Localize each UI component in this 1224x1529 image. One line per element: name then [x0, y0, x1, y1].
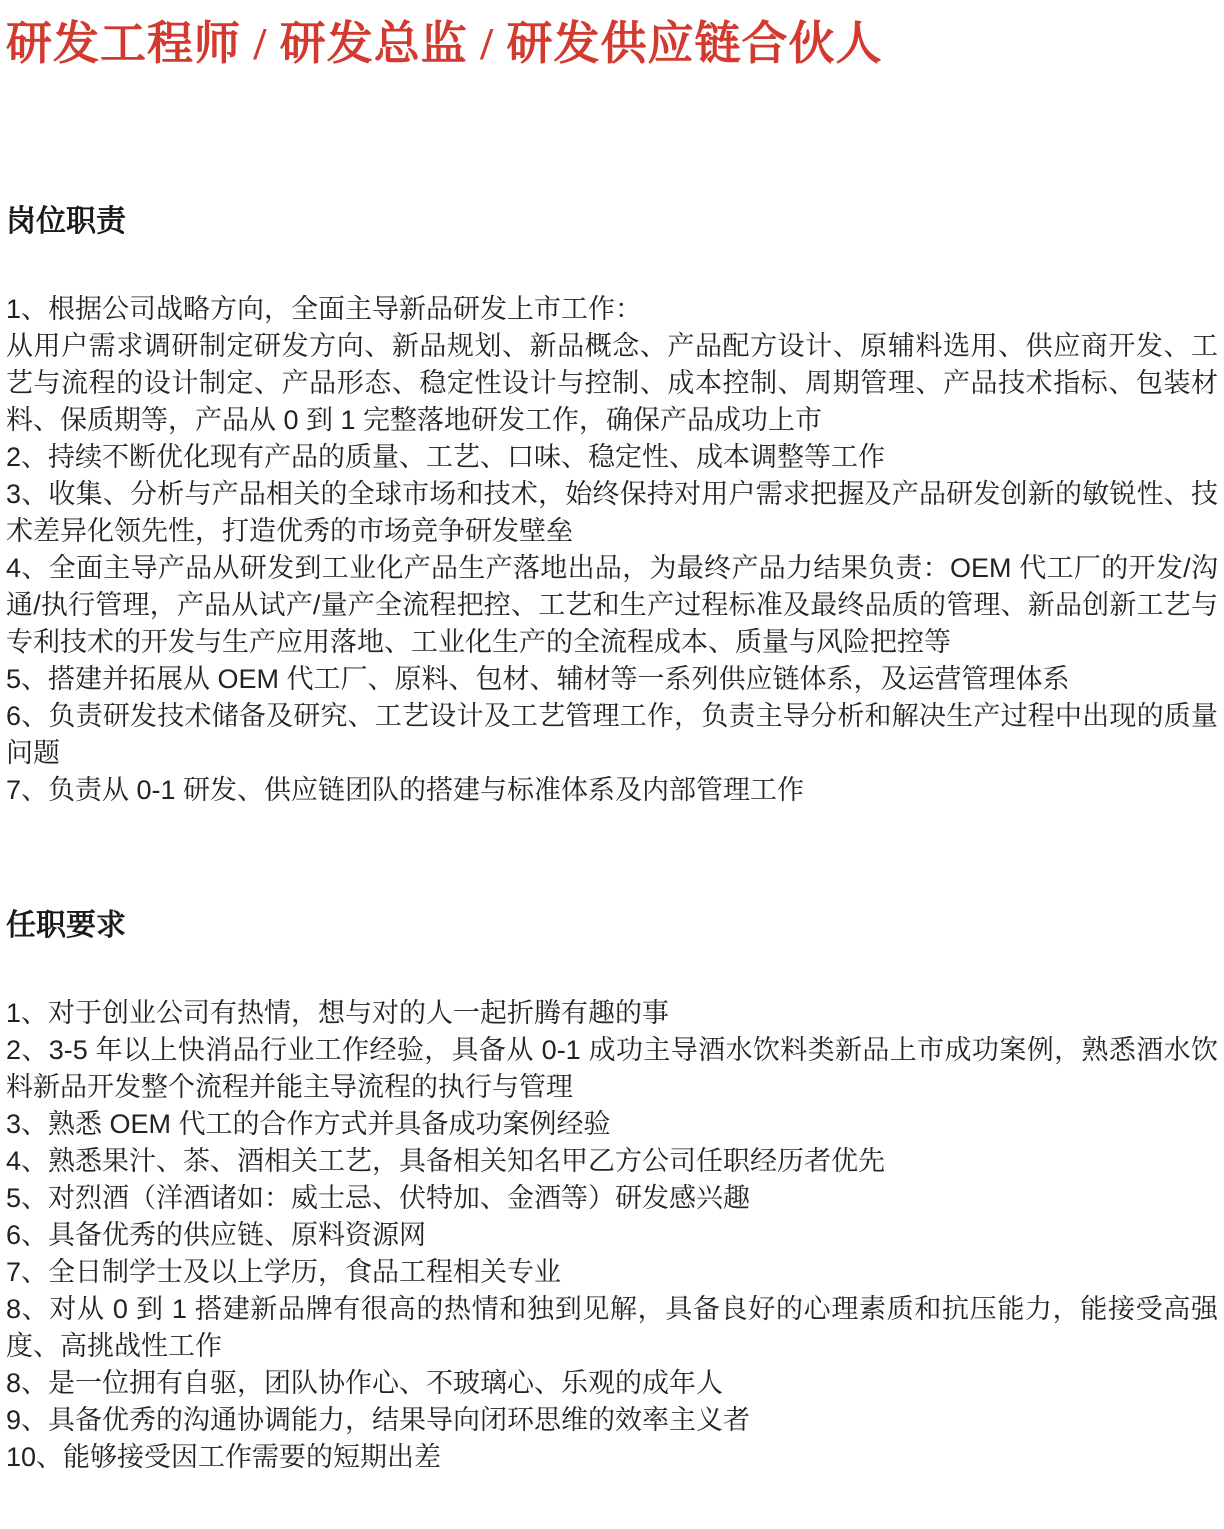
- section-heading-requirements: 任职要求: [6, 907, 1218, 945]
- section-heading-responsibilities: 岗位职责: [6, 203, 1218, 241]
- requirements-line-9: 8、是一位拥有自驱，团队协作心、不玻璃心、乐观的成年人: [6, 1365, 1218, 1402]
- responsibilities-line-6: 5、搭建并拓展从 OEM 代工厂、原料、包材、辅材等一系列供应链体系，及运营管理…: [6, 661, 1218, 698]
- section-requirements: 任职要求1、对于创业公司有热情，想与对的人一起折腾有趣的事2、3-5 年以上快消…: [6, 907, 1218, 1476]
- requirements-line-8: 8、对从 0 到 1 搭建新品牌有很高的热情和独到见解，具备良好的心理素质和抗压…: [6, 1291, 1218, 1365]
- requirements-line-7: 7、全日制学士及以上学历，食品工程相关专业: [6, 1254, 1218, 1291]
- requirements-line-4: 4、熟悉果汁、茶、酒相关工艺，具备相关知名甲乙方公司任职经历者优先: [6, 1143, 1218, 1180]
- responsibilities-line-2: 从用户需求调研制定研发方向、新品规划、新品概念、产品配方设计、原辅料选用、供应商…: [6, 328, 1218, 439]
- responsibilities-line-5: 4、全面主导产品从研发到工业化产品生产落地出品，为最终产品力结果负责：OEM 代…: [6, 550, 1218, 661]
- responsibilities-line-8: 7、负责从 0-1 研发、供应链团队的搭建与标准体系及内部管理工作: [6, 772, 1218, 809]
- page-title: 研发工程师 / 研发总监 / 研发供应链合伙人: [6, 14, 1218, 74]
- responsibilities-line-3: 2、持续不断优化现有产品的质量、工艺、口味、稳定性、成本调整等工作: [6, 439, 1218, 476]
- job-description-document: 研发工程师 / 研发总监 / 研发供应链合伙人 岗位职责1、根据公司战略方向，全…: [0, 14, 1224, 1476]
- requirements-line-1: 1、对于创业公司有热情，想与对的人一起折腾有趣的事: [6, 995, 1218, 1032]
- responsibilities-line-1: 1、根据公司战略方向，全面主导新品研发上市工作：: [6, 291, 1218, 328]
- requirements-line-2: 2、3-5 年以上快消品行业工作经验，具备从 0-1 成功主导酒水饮料类新品上市…: [6, 1032, 1218, 1106]
- requirements-line-6: 6、具备优秀的供应链、原料资源网: [6, 1217, 1218, 1254]
- requirements-line-3: 3、熟悉 OEM 代工的合作方式并具备成功案例经验: [6, 1106, 1218, 1143]
- section-responsibilities: 岗位职责1、根据公司战略方向，全面主导新品研发上市工作：从用户需求调研制定研发方…: [6, 203, 1218, 809]
- responsibilities-line-7: 6、负责研发技术储备及研究、工艺设计及工艺管理工作，负责主导分析和解决生产过程中…: [6, 698, 1218, 772]
- requirements-line-10: 9、具备优秀的沟通协调能力，结果导向闭环思维的效率主义者: [6, 1402, 1218, 1439]
- requirements-line-5: 5、对烈酒（洋酒诸如：威士忌、伏特加、金酒等）研发感兴趣: [6, 1180, 1218, 1217]
- responsibilities-line-4: 3、收集、分析与产品相关的全球市场和技术，始终保持对用户需求把握及产品研发创新的…: [6, 476, 1218, 550]
- requirements-line-11: 10、能够接受因工作需要的短期出差: [6, 1439, 1218, 1476]
- sections-container: 岗位职责1、根据公司战略方向，全面主导新品研发上市工作：从用户需求调研制定研发方…: [6, 203, 1218, 1476]
